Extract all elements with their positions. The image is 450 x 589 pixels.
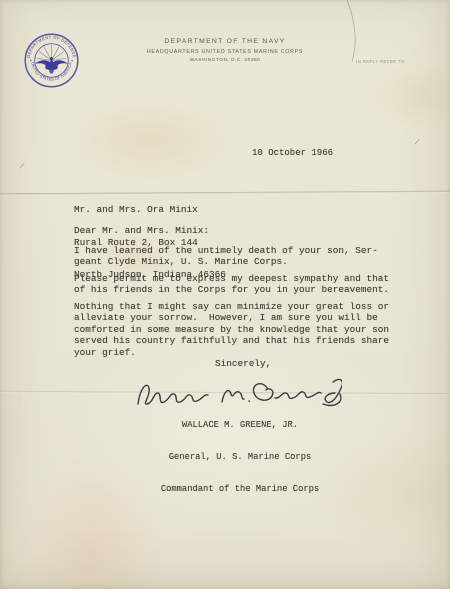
signature-title: Commandant of the Marine Corps <box>140 484 340 495</box>
body-paragraph-1: I have learned of the untimely death of … <box>74 245 378 268</box>
letterhead-headquarters: HEADQUARTERS UNITED STATES MARINE CORPS <box>0 49 450 55</box>
salutation: Dear Mr. and Mrs. Minix: <box>74 225 209 236</box>
signature-block: WALLACE M. GREENE, JR. General, U. S. Ma… <box>140 399 340 516</box>
date-line: 10 October 1966 <box>252 148 333 159</box>
signature-rank: General, U. S. Marine Corps <box>140 452 340 463</box>
paper-speck: / <box>19 162 25 171</box>
body-paragraph-3: Nothing that I might say can minimize yo… <box>74 301 389 358</box>
recipient-name: Mr. and Mrs. Ora Minix <box>74 205 226 216</box>
body-paragraph-2: Please permit me to express my deepest s… <box>74 273 389 296</box>
letterhead-department: DEPARTMENT OF THE NAVY <box>0 38 450 45</box>
paper-speck: / <box>414 138 421 147</box>
letter-page: DEPARTMENT OF DEFENSE UNITED STATES OF A… <box>0 0 450 589</box>
corner-crease-mark <box>330 0 370 62</box>
closing-sincerely: Sincerely, <box>215 358 271 369</box>
signature-typed-name: WALLACE M. GREENE, JR. <box>140 420 340 431</box>
